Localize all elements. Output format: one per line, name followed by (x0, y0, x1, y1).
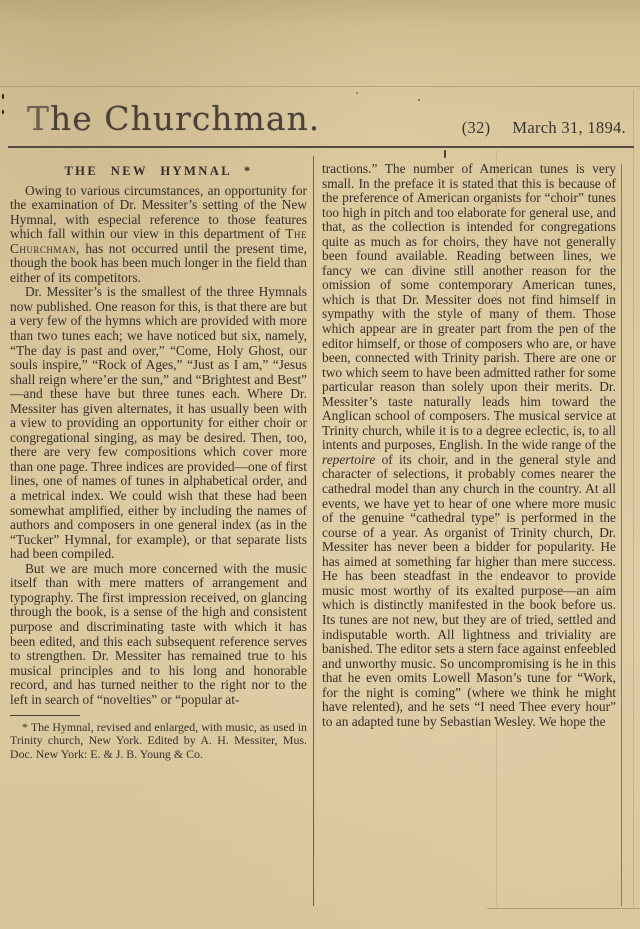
stray-ink-tick (444, 150, 446, 158)
right-column: tractions.” The number of American tunes… (322, 158, 616, 761)
paragraph: tractions.” The number of American tunes… (322, 162, 616, 729)
paragraph-text: tractions.” The number of American tunes… (322, 161, 616, 452)
paragraph-text: of its choir, and in the general style a… (322, 452, 616, 729)
dateline: (32)March 31, 1894. (462, 118, 626, 138)
bottom-faint-rule (487, 908, 640, 909)
ink-speck (2, 110, 4, 114)
paragraph-text: Owing to various circumstances, an oppor… (10, 183, 307, 242)
right-column-rule (621, 164, 622, 906)
top-faint-rule (0, 86, 640, 87)
masthead-title: The Churchman. (27, 99, 320, 138)
issue-date: March 31, 1894. (512, 118, 626, 137)
paragraph: Dr. Messiter’s is the smallest of the th… (10, 285, 307, 561)
ink-speck (2, 94, 4, 99)
footnote: * The Hymnal, revised and enlarged, with… (10, 721, 307, 761)
article-body: THE NEW HYMNAL * Owing to various circum… (10, 158, 616, 761)
scanned-newspaper-page: The Churchman. (32)March 31, 1894. THE N… (0, 0, 640, 929)
page-number: (32) (462, 118, 491, 137)
page-edge-line (633, 90, 634, 908)
paragraph: Owing to various circumstances, an oppor… (10, 184, 307, 286)
italic-word: repertoire (322, 452, 375, 467)
left-column: THE NEW HYMNAL * Owing to various circum… (10, 158, 307, 761)
ink-speck (418, 99, 420, 101)
paragraph: But we are much more concerned with the … (10, 562, 307, 707)
footnote-rule (10, 715, 80, 716)
ink-speck (356, 92, 358, 94)
article-title: THE NEW HYMNAL * (10, 164, 307, 179)
header-rule (8, 146, 634, 148)
